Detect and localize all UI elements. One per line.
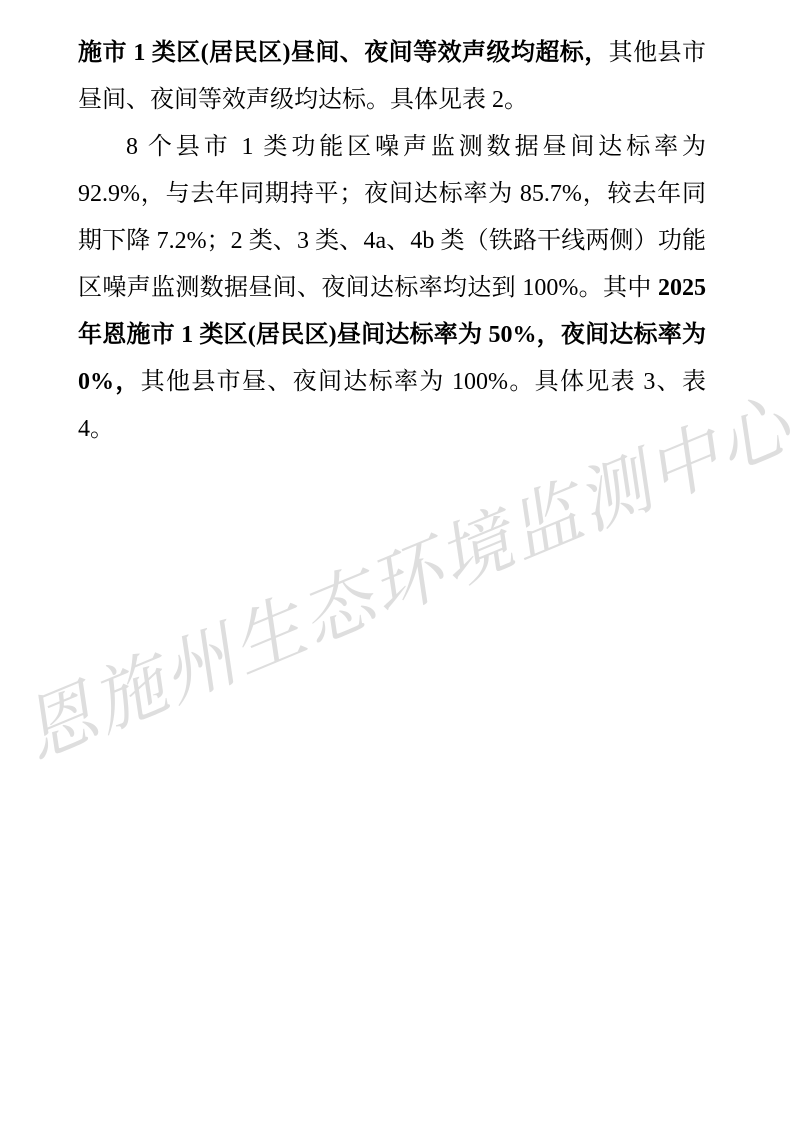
text-run-exceedance-bold: 施市 1 类区(居民区)昼间、夜间等效声级均超标， <box>78 40 609 66</box>
paragraph-sound-level-compliance: 施市 1 类区(居民区)昼间、夜间等效声级均超标，其他县市昼间、夜间等效声级均达… <box>78 30 706 124</box>
document-body: 施市 1 类区(居民区)昼间、夜间等效声级均超标，其他县市昼间、夜间等效声级均达… <box>78 30 706 453</box>
text-run-functional-zone-rates: 8 个县市 1 类功能区噪声监测数据昼间达标率为 92.9%，与去年同期持平；夜… <box>78 134 706 301</box>
text-run-see-tables: 其他县市昼、夜间达标率为 100%。具体见表 3、表 4。 <box>78 369 706 442</box>
paragraph-attainment-rates: 8 个县市 1 类功能区噪声监测数据昼间达标率为 92.9%，与去年同期持平；夜… <box>78 124 706 453</box>
document-page: 恩施州生态环境监测中心 施市 1 类区(居民区)昼间、夜间等效声级均超标，其他县… <box>0 0 800 1137</box>
